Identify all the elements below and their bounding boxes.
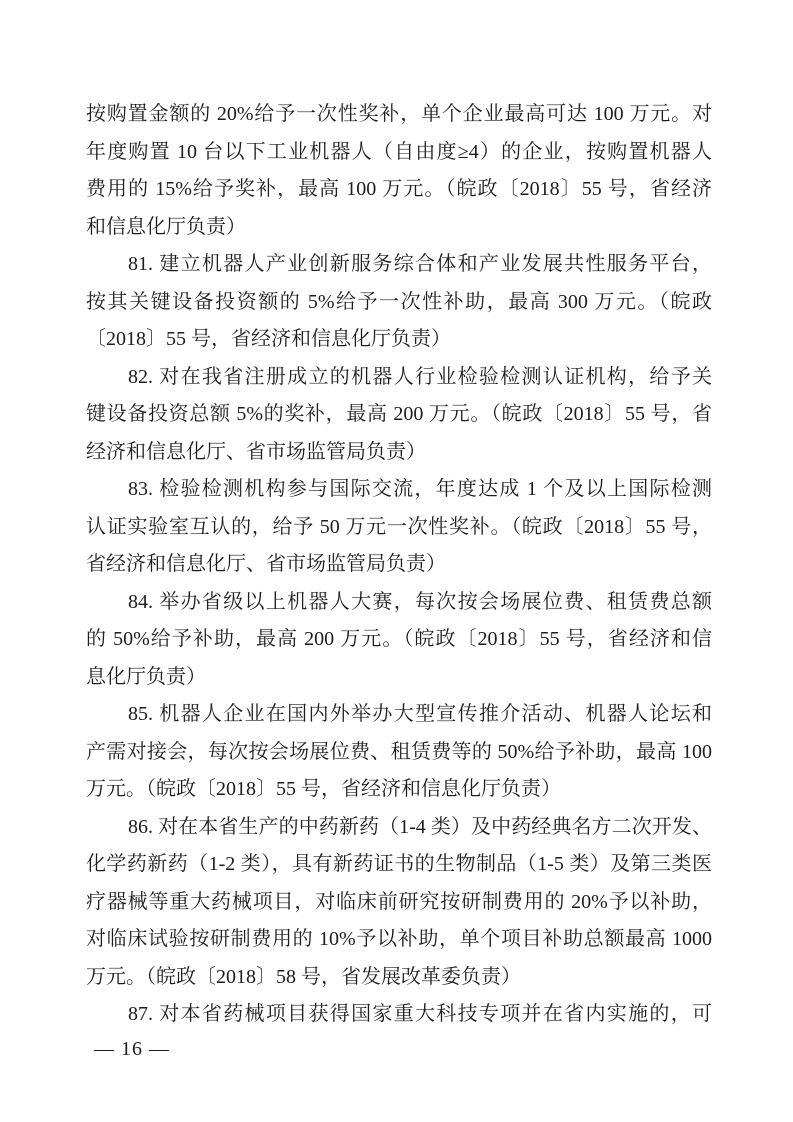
document-line: 81. 建立机器人产业创新服务综合体和产业发展共性服务平台， — [86, 246, 712, 284]
document-line: 认证实验室互认的，给予 50 万元一次性奖补。（皖政〔2018〕55 号， — [86, 509, 712, 547]
document-line: 化学药新药（1-2 类），具有新药证书的生物制品（1-5 类）及第三类医 — [86, 846, 712, 884]
page-number: — 16 — — [94, 1036, 170, 1062]
paragraph-84: 84. 举办省级以上机器人大赛，每次按会场展位费、租赁费总额 的 50%给予补助… — [86, 584, 712, 697]
paragraph-85: 85. 机器人企业在国内外举办大型宣传推介活动、机器人论坛和 产需对接会，每次按… — [86, 696, 712, 809]
document-line: 按购置金额的 20%给予一次性奖补，单个企业最高可达 100 万元。对 — [86, 96, 712, 134]
document-line: 85. 机器人企业在国内外举办大型宣传推介活动、机器人论坛和 — [86, 696, 712, 734]
paragraph-81: 81. 建立机器人产业创新服务综合体和产业发展共性服务平台， 按其关键设备投资额… — [86, 246, 712, 359]
document-line: 万元。（皖政〔2018〕55 号，省经济和信息化厅负责） — [86, 771, 712, 809]
document-line: 经济和信息化厅、省市场监管局负责） — [86, 434, 712, 472]
document-line: 按其关键设备投资额的 5%给予一次性补助，最高 300 万元。（皖政 — [86, 284, 712, 322]
document-line: 费用的 15%给予奖补，最高 100 万元。（皖政〔2018〕55 号，省经济 — [86, 171, 712, 209]
paragraph-86: 86. 对在本省生产的中药新药（1-4 类）及中药经典名方二次开发、 化学药新药… — [86, 809, 712, 997]
document-line: 86. 对在本省生产的中药新药（1-4 类）及中药经典名方二次开发、 — [86, 809, 712, 847]
document-line: 〔2018〕55 号，省经济和信息化厅负责） — [86, 321, 712, 359]
document-line: 82. 对在我省注册成立的机器人行业检验检测认证机构，给予关 — [86, 359, 712, 397]
document-line: 息化厅负责） — [86, 659, 712, 697]
document-line: 省经济和信息化厅、省市场监管局负责） — [86, 546, 712, 584]
document-line: 87. 对本省药械项目获得国家重大科技专项并在省内实施的，可 — [86, 996, 712, 1034]
document-line: 键设备投资总额 5%的奖补，最高 200 万元。（皖政〔2018〕55 号，省 — [86, 396, 712, 434]
paragraph-continuation: 按购置金额的 20%给予一次性奖补，单个企业最高可达 100 万元。对 年度购置… — [86, 96, 712, 246]
document-line: 万元。（皖政〔2018〕58 号，省发展改革委负责） — [86, 959, 712, 997]
paragraph-83: 83. 检验检测机构参与国际交流，年度达成 1 个及以上国际检测 认证实验室互认… — [86, 471, 712, 584]
document-line: 和信息化厅负责） — [86, 209, 712, 247]
document-line: 年度购置 10 台以下工业机器人（自由度≥4）的企业，按购置机器人 — [86, 134, 712, 172]
document-line: 对临床试验按研制费用的 10%予以补助，单个项目补助总额最高 1000 — [86, 921, 712, 959]
document-page: 按购置金额的 20%给予一次性奖补，单个企业最高可达 100 万元。对 年度购置… — [0, 0, 793, 1122]
document-line: 83. 检验检测机构参与国际交流，年度达成 1 个及以上国际检测 — [86, 471, 712, 509]
paragraph-82: 82. 对在我省注册成立的机器人行业检验检测认证机构，给予关 键设备投资总额 5… — [86, 359, 712, 472]
document-line: 疗器械等重大药械项目，对临床前研究按研制费用的 20%予以补助， — [86, 884, 712, 922]
document-line: 产需对接会，每次按会场展位费、租赁费等的 50%给予补助，最高 100 — [86, 734, 712, 772]
document-line: 84. 举办省级以上机器人大赛，每次按会场展位费、租赁费总额 — [86, 584, 712, 622]
document-body: 按购置金额的 20%给予一次性奖补，单个企业最高可达 100 万元。对 年度购置… — [86, 96, 712, 1034]
paragraph-87: 87. 对本省药械项目获得国家重大科技专项并在省内实施的，可 — [86, 996, 712, 1034]
document-line: 的 50%给予补助，最高 200 万元。（皖政〔2018〕55 号，省经济和信 — [86, 621, 712, 659]
